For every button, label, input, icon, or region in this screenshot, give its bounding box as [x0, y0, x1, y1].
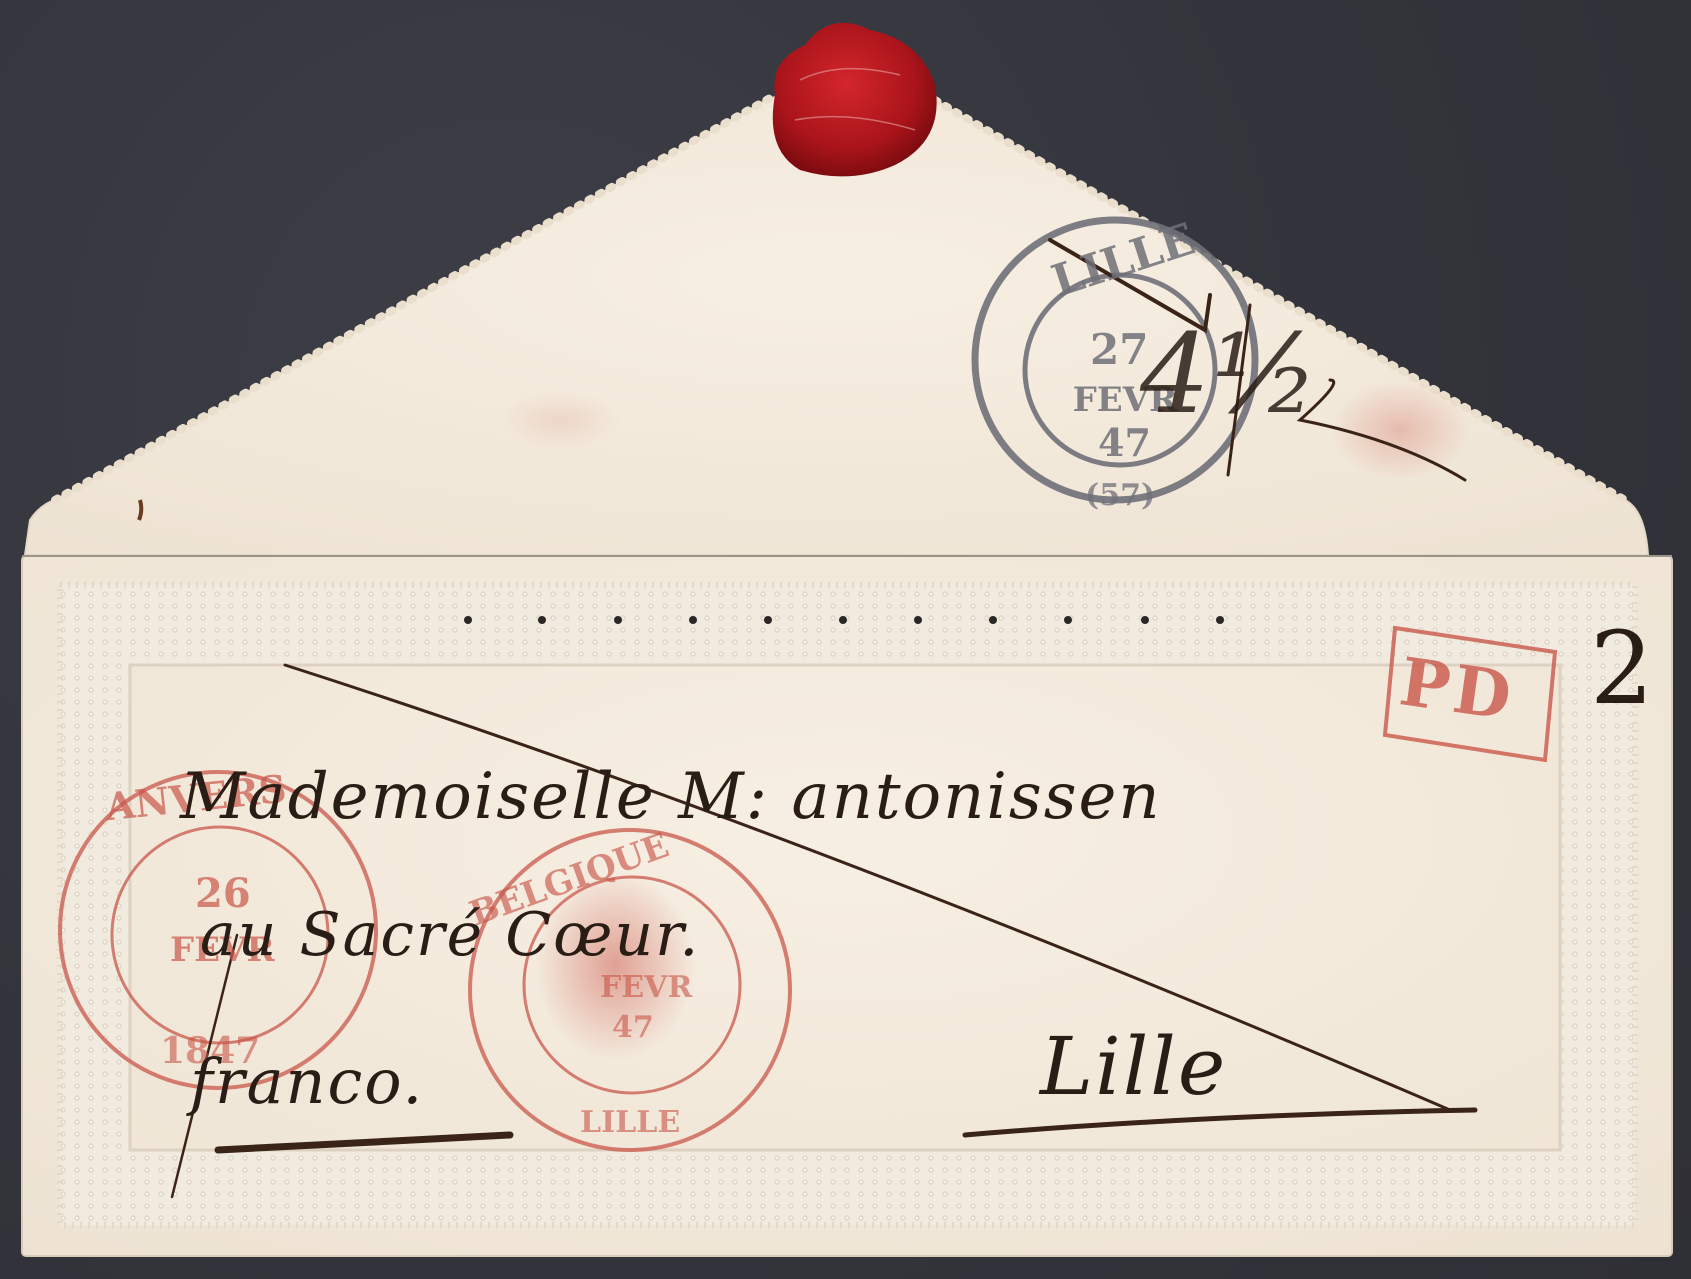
side-number-marking: 2	[1590, 610, 1656, 727]
envelope-photo: LILLE 27 FEVR 47 (57) ANVERS 26 FEVR 184…	[0, 0, 1691, 1279]
address-line-1: Mademoiselle M: antonissen	[180, 760, 1162, 834]
franco-annotation: franco.	[190, 1045, 424, 1118]
belgique-postmark-month: FEVR	[600, 970, 692, 1005]
address-line-3: Lille	[1040, 1020, 1227, 1113]
lille-postmark-bottom: (57)	[1085, 478, 1155, 513]
belgique-postmark-year: 47	[612, 1010, 654, 1045]
pd-box-text: PD	[1395, 642, 1520, 735]
wax-seal-icon	[773, 23, 937, 177]
address-line-2: au Sacré Cœur.	[200, 900, 700, 970]
belgique-postmark-bottom: LILLE	[580, 1105, 680, 1140]
rate-marking: 4½	[1140, 310, 1321, 438]
